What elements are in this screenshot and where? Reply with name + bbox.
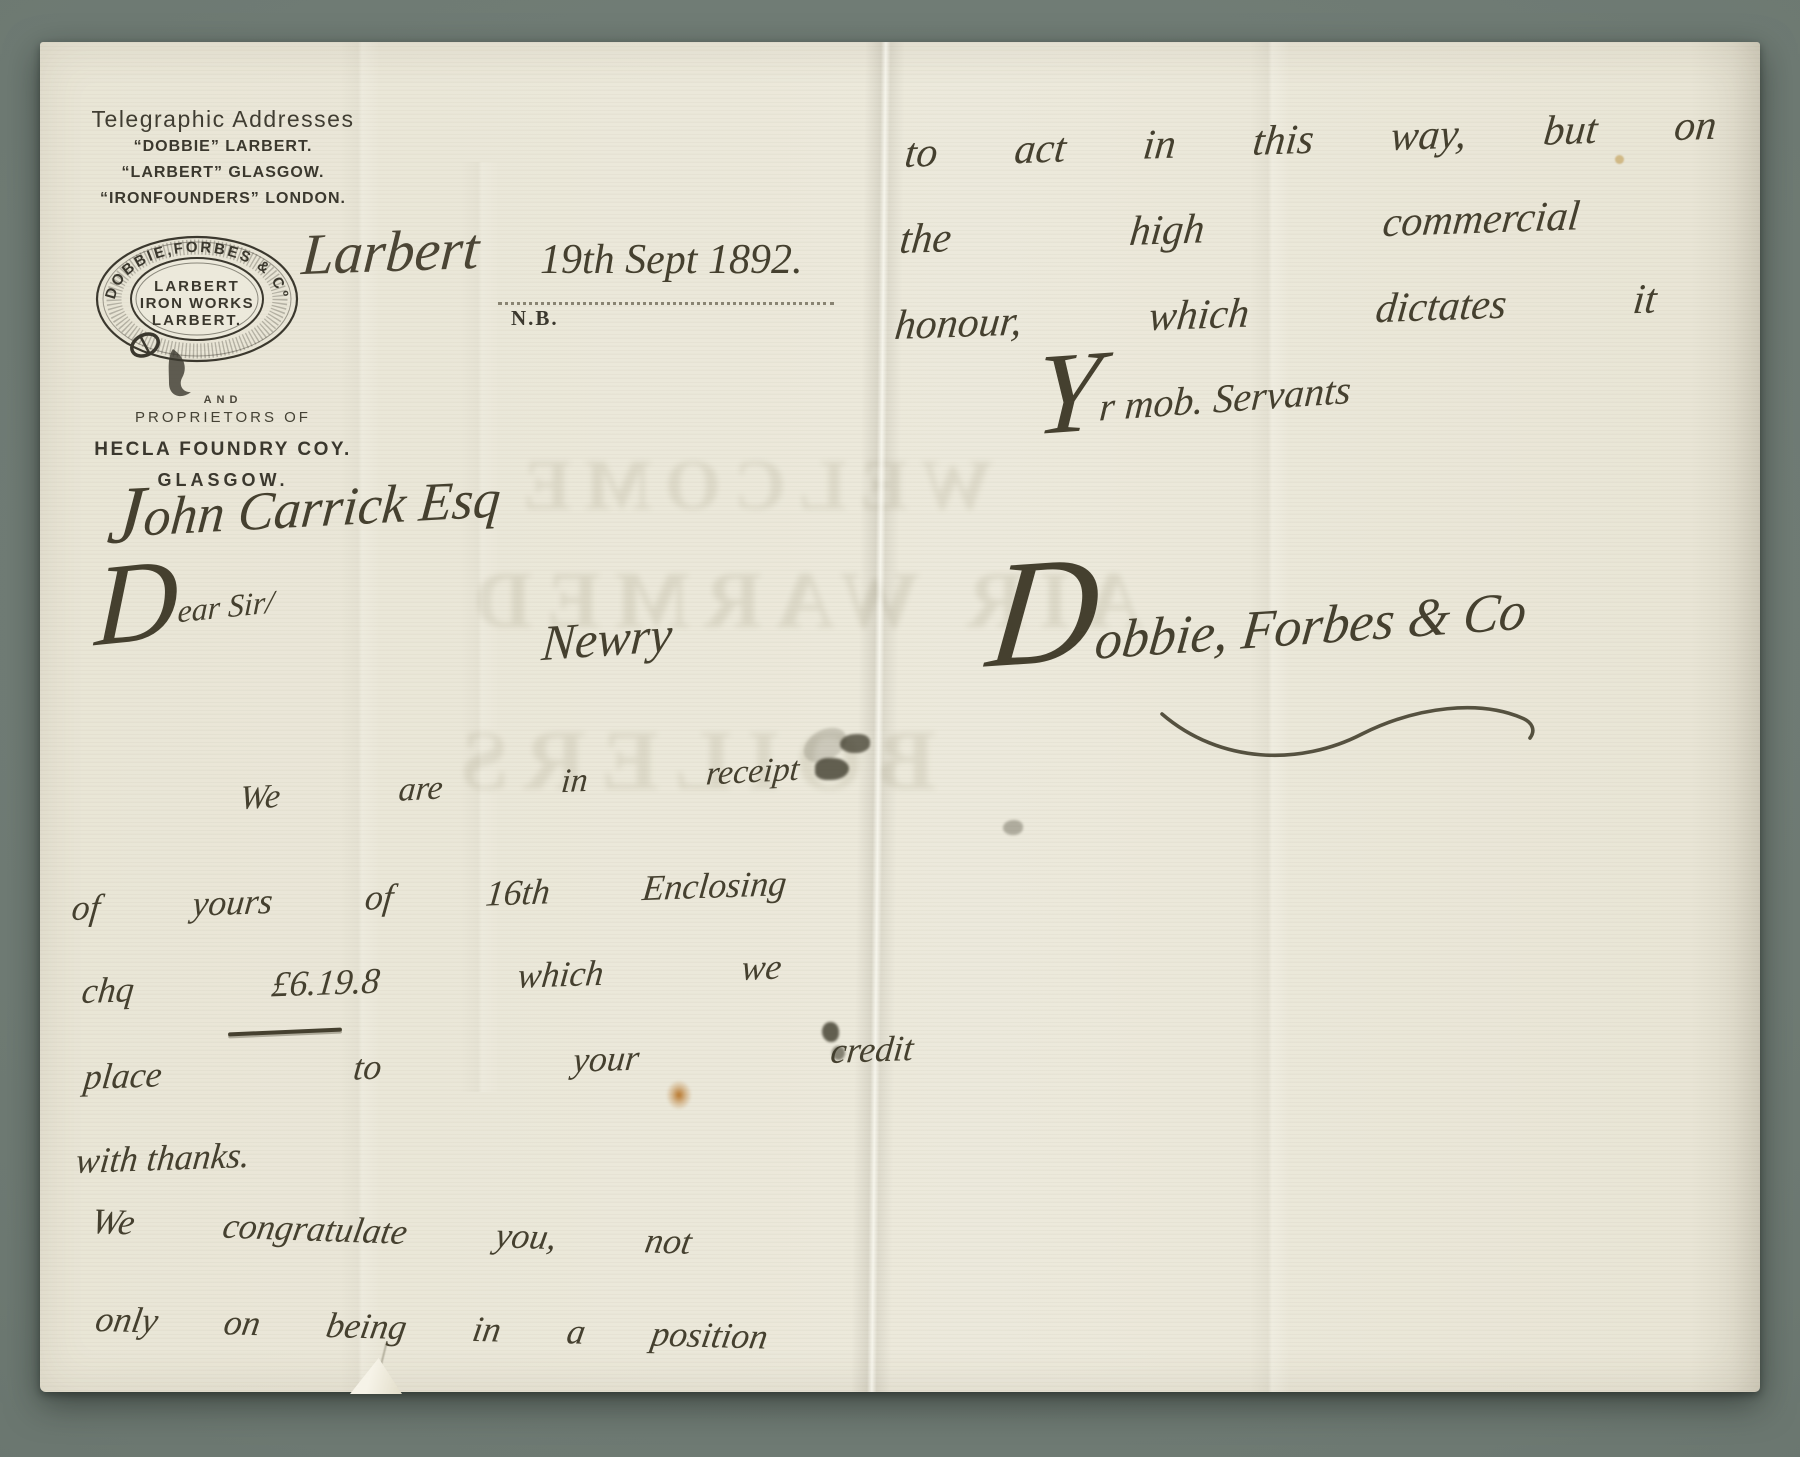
foundry-name: HECLA FOUNDRY COY. xyxy=(58,439,388,461)
handwriting-line: chq £6.19.8 which we xyxy=(80,945,784,1012)
salutation-text: Dear Sir/ xyxy=(94,585,274,636)
proprietors-label: PROPRIETORS OF xyxy=(58,409,388,426)
seal-inner-line: IRON WORKS xyxy=(140,295,254,312)
handwriting-line: of yours of 16th Enclosing xyxy=(70,862,789,929)
foxing-stain xyxy=(666,1080,692,1110)
handwriting-line: honour, which dictates it xyxy=(892,275,1659,350)
seal-inner-line: LARBERT. xyxy=(152,312,242,329)
handwriting-line: the high commercial xyxy=(897,192,1582,264)
photo-background: WELCOME AIR WARMED BOILERS Telegraphic A… xyxy=(0,0,1800,1457)
ink-smudge xyxy=(822,1022,839,1042)
dateline-place: Larbert xyxy=(300,215,482,288)
recipient-town: Newry xyxy=(540,605,674,673)
paper-fleck xyxy=(1615,155,1624,164)
dateline-region-label: N.B. xyxy=(511,306,559,331)
telegraphic-address-line: “DOBBIE” LARBERT. xyxy=(58,134,388,159)
handwriting-line: only on being in a position xyxy=(92,1298,771,1357)
valediction-text: Yr mob. Servants xyxy=(1033,368,1352,434)
belt-seal-logo: DOBBIE,FORBES & Cº LARBERT IRON WORKS LA… xyxy=(85,205,315,401)
and-label: AND xyxy=(58,394,388,406)
letter-paper: WELCOME AIR WARMED BOILERS Telegraphic A… xyxy=(40,42,1760,1392)
letterhead-telegraphic-block: Telegraphic Addresses “DOBBIE” LARBERT. … xyxy=(58,106,388,211)
handwriting-line: place to your credit xyxy=(82,1027,916,1098)
signature-flourish xyxy=(1150,664,1550,774)
show-through-text: WELCOME xyxy=(510,444,993,527)
paper-tear xyxy=(350,1358,402,1394)
paper-edge-shadow xyxy=(1690,42,1760,1392)
handwriting-line: to act in this way, but on xyxy=(902,102,1719,179)
ink-smudge xyxy=(1003,820,1023,835)
dateline-date: 19th Sept 1892. xyxy=(540,236,802,284)
ink-smudge xyxy=(832,1046,845,1060)
telegraphic-title: Telegraphic Addresses xyxy=(58,106,388,133)
telegraphic-address-line: “LARBERT” GLASGOW. xyxy=(58,160,388,185)
handwriting-line: with thanks. xyxy=(74,1129,383,1182)
handwriting-line: We congratulate you, not xyxy=(88,1200,695,1263)
ink-smudge xyxy=(840,734,870,753)
amount-underline xyxy=(228,1028,342,1037)
seal-inner-line: LARBERT xyxy=(154,278,240,295)
